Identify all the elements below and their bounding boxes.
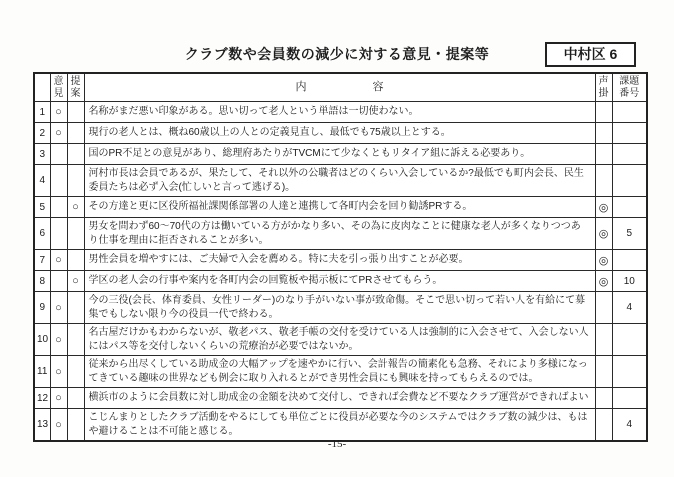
table-row: 12 ○ 横浜市のように会員数に対し助成金の金額を決めて交付し、できれば会費など…: [34, 388, 647, 409]
proposal-mark: ○: [67, 271, 84, 292]
page-number: -15-: [0, 438, 674, 450]
opinion-mark: ○: [50, 388, 67, 409]
opinion-mark: ○: [50, 102, 67, 123]
issue-number: [612, 250, 647, 271]
opinion-mark: [50, 271, 67, 292]
voice-call-mark: [595, 409, 612, 442]
voice-call-mark: ◎: [595, 271, 612, 292]
table-row: 9 ○ 今の三役(会長、体育委員、女性リーダー)のなり手がいない事が致命傷。そこ…: [34, 292, 647, 324]
voice-call-mark: ◎: [595, 250, 612, 271]
proposal-mark: [67, 250, 84, 271]
content-text: 男性会員を増やすには、ご夫婦で入会を薦める。特に夫を引っ張り出すことが必要。: [84, 250, 595, 271]
content-text: 現行の老人とは、概ね60歳以上の人との定義見直し、最低でも75歳以上とする。: [84, 123, 595, 144]
table-row: 11 ○ 従来から出尽くしている助成金の大幅アップを速やかに行い、会計報告の簡素…: [34, 356, 647, 388]
opinion-mark: ○: [50, 356, 67, 388]
opinion-mark: ○: [50, 123, 67, 144]
proposal-mark: [67, 356, 84, 388]
opinion-mark: ○: [50, 324, 67, 356]
content-text: その方達と更に区役所福祉課関係部署の人達と連携して各町内会を回り勧誘PRする。: [84, 197, 595, 218]
row-number: 5: [34, 197, 50, 218]
table-row: 4 河村市長は会員であるが、果たして、それ以外の公職者はどのくらい入会しているか…: [34, 165, 647, 197]
issue-number: [612, 197, 647, 218]
proposal-mark: [67, 292, 84, 324]
row-number: 4: [34, 165, 50, 197]
table-row: 13 ○ こじんまりとしたクラブ活動をやるにしても単位ごとに役員が必要な今のシス…: [34, 409, 647, 442]
row-number: 2: [34, 123, 50, 144]
content-text: 名称がまだ悪い印象がある。思い切って老人という単語は一切使わない。: [84, 102, 595, 123]
content-text: 今の三役(会長、体育委員、女性リーダー)のなり手がいない事が致命傷。そこで思い切…: [84, 292, 595, 324]
issue-number: 5: [612, 218, 647, 250]
header-issue-number: 課題 番号: [612, 73, 647, 102]
issue-number: [612, 123, 647, 144]
issue-number: 4: [612, 292, 647, 324]
voice-call-mark: [595, 356, 612, 388]
table-header-row: 意 見 提 案 内 容 声 掛 課題 番号: [34, 73, 647, 102]
table-row: 10 ○ 名古屋だけかもわからないが、敬老パス、敬老手帳の交付を受けている人は強…: [34, 324, 647, 356]
issue-number: [612, 324, 647, 356]
opinion-mark: [50, 197, 67, 218]
header-proposal: 提 案: [67, 73, 84, 102]
table-row: 1 ○ 名称がまだ悪い印象がある。思い切って老人という単語は一切使わない。: [34, 102, 647, 123]
ward-label: 中村区 6: [564, 46, 618, 62]
table-row: 5 ○ その方達と更に区役所福祉課関係部署の人達と連携して各町内会を回り勧誘PR…: [34, 197, 647, 218]
content-text: 名古屋だけかもわからないが、敬老パス、敬老手帳の交付を受けている人は強制的に入会…: [84, 324, 595, 356]
content-text: 男女を問わず60〜70代の方は働いている方がかなり多い、その為に皮肉なことに健康…: [84, 218, 595, 250]
proposal-mark: [67, 102, 84, 123]
row-number: 11: [34, 356, 50, 388]
content-text: 学区の老人会の行事や案内を各町内会の回覧板や掲示板にてPRさせてもらう。: [84, 271, 595, 292]
row-number: 10: [34, 324, 50, 356]
proposal-mark: ○: [67, 197, 84, 218]
table-row: 8 ○ 学区の老人会の行事や案内を各町内会の回覧板や掲示板にてPRさせてもらう。…: [34, 271, 647, 292]
scanned-document-page: { "page": { "title": "クラブ数や会員数の減少に対する意見・…: [0, 0, 674, 477]
voice-call-mark: [595, 123, 612, 144]
opinion-mark: ○: [50, 250, 67, 271]
issue-number: [612, 144, 647, 165]
voice-call-mark: [595, 102, 612, 123]
voice-call-mark: [595, 292, 612, 324]
proposal-mark: [67, 324, 84, 356]
content-text: 河村市長は会員であるが、果たして、それ以外の公職者はどのくらい入会しているか?最…: [84, 165, 595, 197]
header-opinion: 意 見: [50, 73, 67, 102]
row-number: 8: [34, 271, 50, 292]
proposal-mark: [67, 218, 84, 250]
proposal-mark: [67, 144, 84, 165]
issue-number: [612, 356, 647, 388]
issue-number: [612, 388, 647, 409]
opinion-mark: [50, 165, 67, 197]
header-index: [34, 73, 50, 102]
content-text: 国のPR不足との意見があり、総理府あたりがTVCMにて少なくともリタイア組に訴え…: [84, 144, 595, 165]
opinion-mark: ○: [50, 292, 67, 324]
row-number: 12: [34, 388, 50, 409]
row-number: 7: [34, 250, 50, 271]
opinions-table: 意 見 提 案 内 容 声 掛 課題 番号 1 ○ 名称がまだ悪い印象がある。思…: [33, 72, 648, 442]
row-number: 1: [34, 102, 50, 123]
row-number: 6: [34, 218, 50, 250]
table-row: 6 男女を問わず60〜70代の方は働いている方がかなり多い、その為に皮肉なことに…: [34, 218, 647, 250]
opinion-mark: ○: [50, 409, 67, 442]
voice-call-mark: ◎: [595, 197, 612, 218]
table-row: 7 ○ 男性会員を増やすには、ご夫婦で入会を薦める。特に夫を引っ張り出すことが必…: [34, 250, 647, 271]
voice-call-mark: [595, 144, 612, 165]
issue-number: 10: [612, 271, 647, 292]
issue-number: 4: [612, 409, 647, 442]
proposal-mark: [67, 165, 84, 197]
row-number: 3: [34, 144, 50, 165]
proposal-mark: [67, 409, 84, 442]
voice-call-mark: [595, 324, 612, 356]
issue-number: [612, 102, 647, 123]
table-row: 3 国のPR不足との意見があり、総理府あたりがTVCMにて少なくともリタイア組に…: [34, 144, 647, 165]
content-text: 横浜市のように会員数に対し助成金の金額を決めて交付し、できれば会費など不要なクラ…: [84, 388, 595, 409]
content-text: 従来から出尽くしている助成金の大幅アップを速やかに行い、会計報告の簡素化も急務、…: [84, 356, 595, 388]
voice-call-mark: [595, 165, 612, 197]
header-content: 内 容: [84, 73, 595, 102]
row-number: 9: [34, 292, 50, 324]
table-row: 2 ○ 現行の老人とは、概ね60歳以上の人との定義見直し、最低でも75歳以上とす…: [34, 123, 647, 144]
voice-call-mark: ◎: [595, 218, 612, 250]
voice-call-mark: [595, 388, 612, 409]
proposal-mark: [67, 388, 84, 409]
content-text: こじんまりとしたクラブ活動をやるにしても単位ごとに役員が必要な今のシステムではク…: [84, 409, 595, 442]
header-voice-call: 声 掛: [595, 73, 612, 102]
opinion-mark: [50, 218, 67, 250]
opinion-mark: [50, 144, 67, 165]
ward-label-box: 中村区 6: [545, 42, 636, 67]
issue-number: [612, 165, 647, 197]
row-number: 13: [34, 409, 50, 442]
proposal-mark: [67, 123, 84, 144]
